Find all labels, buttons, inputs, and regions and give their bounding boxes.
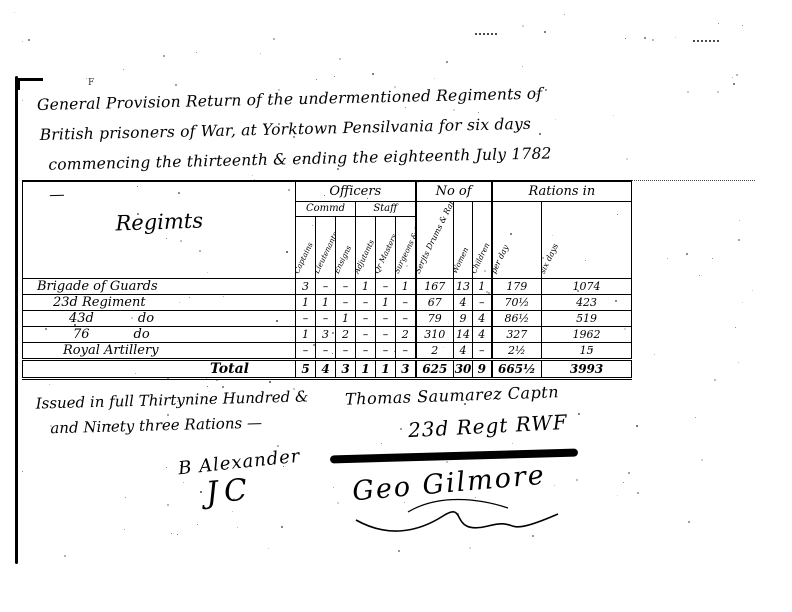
- commissioned-subgroup-header: Commd: [296, 201, 356, 216]
- cell: 1: [473, 278, 492, 294]
- cell: 14: [454, 326, 473, 342]
- total-cell: 625: [416, 359, 454, 378]
- regiment-name: 23d Regiment: [23, 294, 296, 310]
- receipt-statement: Issued in full Thirtynine Hundred & and …: [35, 384, 309, 441]
- cell: 3: [316, 326, 336, 342]
- cell: 4: [454, 294, 473, 310]
- cell: 86½: [492, 310, 542, 326]
- cell: –: [356, 310, 376, 326]
- cell: –: [316, 278, 336, 294]
- cell: –: [336, 278, 356, 294]
- document-page: F General Provision Return of the underm…: [0, 0, 792, 612]
- cell: 1: [396, 278, 416, 294]
- cell: –: [396, 310, 416, 326]
- total-cell: 1: [356, 359, 376, 378]
- cell: –: [356, 342, 376, 359]
- col-header-rations-per-day: per day: [492, 201, 542, 278]
- col-header-rations-six-days: six days: [542, 201, 632, 278]
- scan-dash-mark: [693, 40, 719, 42]
- total-cell: 1: [376, 359, 396, 378]
- total-cell: 665½: [492, 359, 542, 378]
- cell: 2½: [492, 342, 542, 359]
- cell: 1074: [542, 278, 632, 294]
- cell: 327: [492, 326, 542, 342]
- cell: 2: [416, 342, 454, 359]
- signature-left-flourish: JC: [205, 472, 255, 511]
- regiment-name: 43ddo: [23, 310, 296, 326]
- scan-corner-mark: [17, 78, 20, 90]
- provision-return-table: Regimts Officers No of Rations in Commd …: [22, 180, 632, 380]
- no-of-group-header: No of: [416, 181, 492, 201]
- staff-subgroup-header: Staff: [356, 201, 416, 216]
- total-cell: 4: [316, 359, 336, 378]
- col-header-qr-masters: Qr Masters: [376, 216, 396, 278]
- col-header-captains: Captains: [296, 216, 316, 278]
- cell: –: [356, 326, 376, 342]
- scan-left-border: [15, 76, 18, 564]
- cell: 519: [542, 310, 632, 326]
- cell: 310: [416, 326, 454, 342]
- col-header-rank-and-file: Serjts Drums & Rank & file: [416, 201, 454, 278]
- signature-officer-regiment: 23d Regt RWF: [407, 410, 568, 442]
- total-cell: 5: [296, 359, 316, 378]
- cell: 15: [542, 342, 632, 359]
- table-row-76th-regiment: 76do 1 3 2 – – 2 310 14 4 327 1962: [23, 326, 632, 342]
- cell: 13: [454, 278, 473, 294]
- cell: –: [473, 294, 492, 310]
- cell: –: [316, 310, 336, 326]
- cell: 2: [396, 326, 416, 342]
- col-header-surgeons: Surgeons & Mates: [396, 216, 416, 278]
- total-cell: 3993: [542, 359, 632, 378]
- cell: 1: [376, 294, 396, 310]
- table-top-rule-extension: [631, 180, 755, 181]
- cell: –: [376, 342, 396, 359]
- cell: 1: [296, 294, 316, 310]
- table-row-royal-artillery: Royal Artillery – – – – – – 2 4 – 2½ 15: [23, 342, 632, 359]
- cell: 67: [416, 294, 454, 310]
- cell: 167: [416, 278, 454, 294]
- cell: –: [473, 342, 492, 359]
- cell: –: [376, 326, 396, 342]
- total-cell: 3: [336, 359, 356, 378]
- cell: 1962: [542, 326, 632, 342]
- scan-corner-mark: [17, 78, 43, 81]
- cell: 1: [356, 278, 376, 294]
- cell: 3: [296, 278, 316, 294]
- cell: –: [376, 278, 396, 294]
- cell: –: [396, 294, 416, 310]
- total-cell: 9: [473, 359, 492, 378]
- cell: 79: [416, 310, 454, 326]
- cell: 1: [336, 310, 356, 326]
- col-header-children: Children: [473, 201, 492, 278]
- col-header-adjutants: Adjutants: [356, 216, 376, 278]
- cell: –: [376, 310, 396, 326]
- cell: –: [296, 310, 316, 326]
- col-header-ensigns: Ensigns: [336, 216, 356, 278]
- cell: –: [336, 294, 356, 310]
- rations-group-header: Rations in: [492, 181, 632, 201]
- cell: 2: [336, 326, 356, 342]
- cell: –: [296, 342, 316, 359]
- regiment-name: 76do: [23, 326, 296, 342]
- signature-officer-name: Thomas Saumarez Captn: [345, 382, 560, 408]
- cell: 9: [454, 310, 473, 326]
- table-row-23d-regiment: 23d Regiment 1 1 – – 1 – 67 4 – 70½ 423: [23, 294, 632, 310]
- signature-flourish: [348, 492, 578, 542]
- scan-artifact-mark: F: [88, 78, 94, 88]
- table-row-brigade-of-guards: Brigade of Guards 3 – – 1 – 1 167 13 1 1…: [23, 278, 632, 294]
- cell: –: [396, 342, 416, 359]
- cell: 4: [473, 310, 492, 326]
- cell: –: [336, 342, 356, 359]
- total-label: Total: [23, 359, 296, 378]
- cell: –: [316, 342, 336, 359]
- cell: 1: [296, 326, 316, 342]
- regiments-column-header: Regimts: [21, 176, 297, 282]
- table-row-total: Total 5 4 3 1 1 3 625 30 9 665½ 3993: [23, 359, 632, 378]
- scan-dash-mark: [475, 33, 497, 35]
- cell: 179: [492, 278, 542, 294]
- total-cell: 30: [454, 359, 473, 378]
- col-header-women: Women: [454, 201, 473, 278]
- officers-group-header: Officers: [296, 181, 416, 201]
- col-header-lieutenants: Lieutenants: [316, 216, 336, 278]
- cell: 4: [473, 326, 492, 342]
- regiment-name: Royal Artillery: [23, 342, 296, 359]
- total-cell: 3: [396, 359, 416, 378]
- cell: 70½: [492, 294, 542, 310]
- cell: 423: [542, 294, 632, 310]
- cell: –: [356, 294, 376, 310]
- table-row-43d-regiment: 43ddo – – 1 – – – 79 9 4 86½ 519: [23, 310, 632, 326]
- cell: 4: [454, 342, 473, 359]
- cell: 1: [316, 294, 336, 310]
